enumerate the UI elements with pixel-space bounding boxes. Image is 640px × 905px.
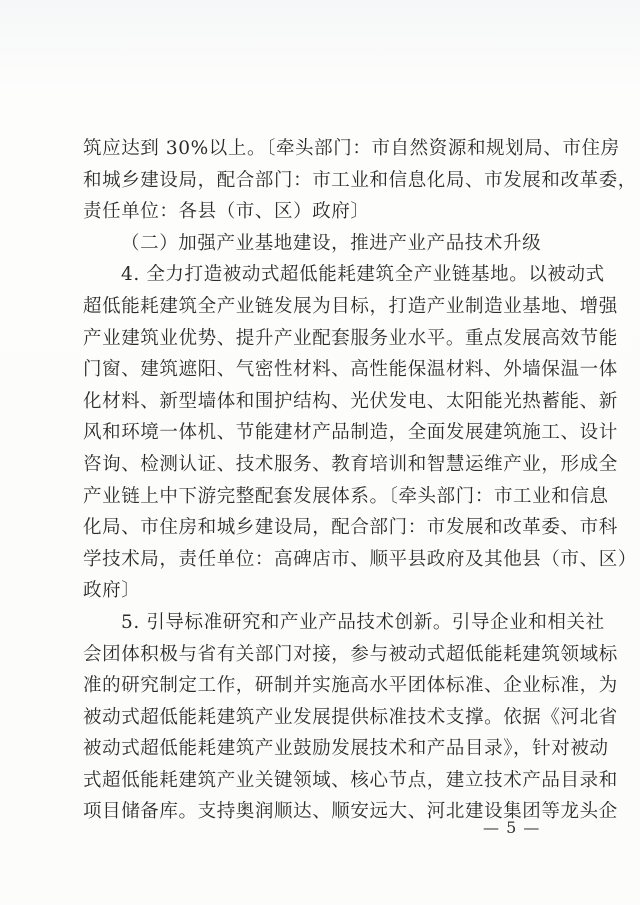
section-heading: （二）加强产业基地建设，推进产业产品技术升级 [83, 228, 553, 260]
text-line: 政府〕 [83, 575, 553, 607]
text-line: 被动式超低能耗建筑产业发展提供标准技术支撑。依据《河北省 [83, 702, 553, 734]
document-page: 筑应达到 30%以上。〔牵头部门：市自然资源和规划局、市住房 和城乡建设局，配合… [0, 0, 640, 905]
text-line: 咨询、检测认证、技术服务、教育培训和智慧运维产业，形成全 [83, 449, 553, 481]
text-line: 筑应达到 30%以上。〔牵头部门：市自然资源和规划局、市住房 [83, 133, 553, 165]
page-number: — 5 — [483, 818, 540, 837]
text-line: 式超低能耗建筑产业关键领域、核心节点，建立技术产品目录和 [83, 765, 553, 797]
text-line: 门窗、建筑遮阳、气密性材料、高性能保温材料、外墙保温一体 [83, 354, 553, 386]
text-line: 责任单位：各县（市、区）政府〕 [83, 196, 553, 228]
text-line: 和城乡建设局，配合部门：市工业和信息化局、市发展和改革委， [83, 165, 553, 197]
text-line: 超低能耗建筑全产业链发展为目标，打造产业制造业基地、增强 [83, 291, 553, 323]
item-heading-line: 4. 全力打造被动式超低能耗建筑全产业链基地。以被动式 [83, 259, 553, 291]
text-line: 化局、市住房和城乡建设局，配合部门：市发展和改革委、市科 [83, 512, 553, 544]
text-line: 学技术局，责任单位：高碑店市、顺平县政府及其他县（市、区） [83, 544, 553, 576]
document-body: 筑应达到 30%以上。〔牵头部门：市自然资源和规划局、市住房 和城乡建设局，配合… [83, 133, 553, 828]
text-line: 化材料、新型墙体和围护结构、光伏发电、太阳能光热蓄能、新 [83, 386, 553, 418]
text-line: 产业建筑业优势、提升产业配套服务业水平。重点发展高效节能 [83, 323, 553, 355]
text-line: 准的研究制定工作，研制并实施高水平团体标准、企业标准，为 [83, 670, 553, 702]
text-line: 被动式超低能耗建筑产业鼓励发展技术和产品目录》，针对被动 [83, 733, 553, 765]
item-heading-line: 5. 引导标准研究和产业产品技术创新。引导企业和相关社 [83, 607, 553, 639]
text-line: 会团体积极与省有关部门对接，参与被动式超低能耗建筑领域标 [83, 639, 553, 671]
text-line: 产业链上中下游完整配套发展体系。〔牵头部门：市工业和信息 [83, 481, 553, 513]
text-line: 风和环境一体机、节能建材产品制造，全面发展建筑施工、设计 [83, 417, 553, 449]
